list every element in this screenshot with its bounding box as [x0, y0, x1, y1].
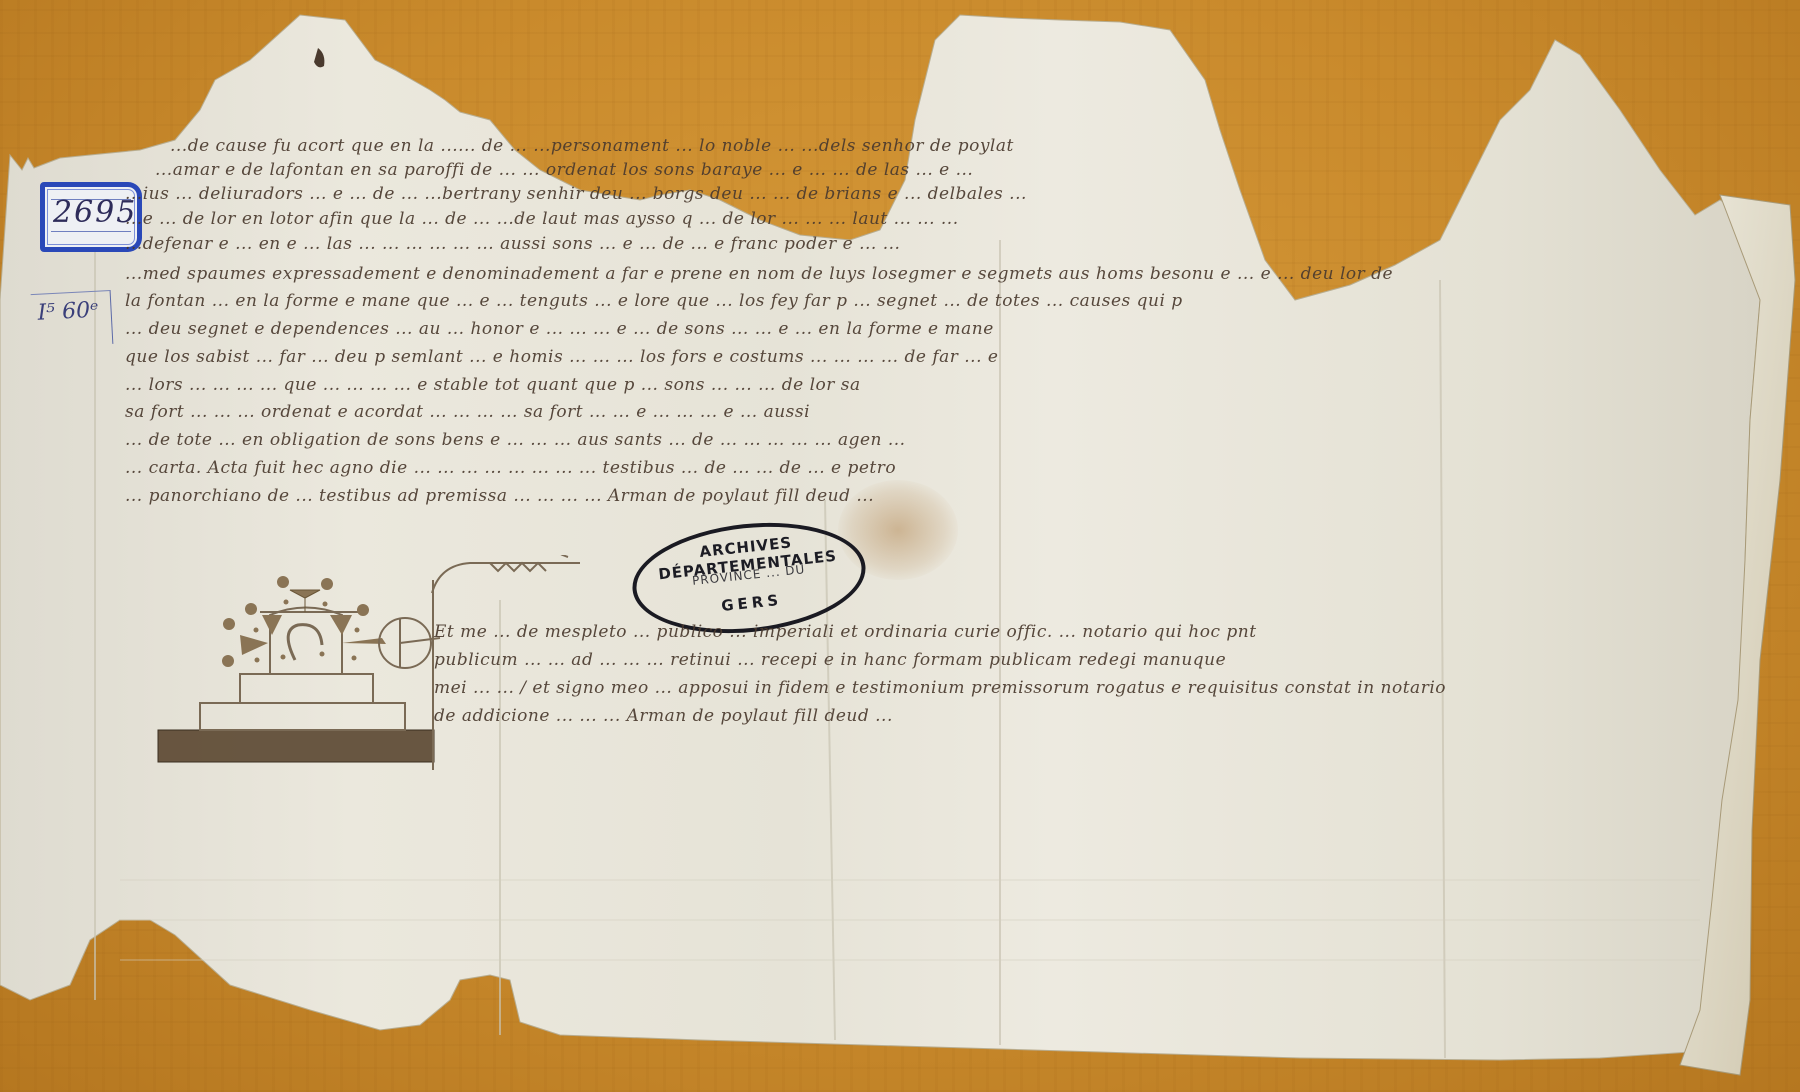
- text-line: la fontan ... en la forme e mane que ...…: [125, 291, 1183, 311]
- label-rule: [51, 231, 131, 232]
- text-line: ... carta. Acta fuit hec agno die ... ..…: [125, 458, 896, 478]
- text-line: ...de cause fu acort que en la ...... de…: [170, 136, 1014, 156]
- subscription-line: publicum ... ... ad ... ... ... retinui …: [434, 650, 1226, 670]
- text-line: ...defenar e ... en e ... las ... ... ..…: [125, 234, 900, 254]
- shelfmark: I⁵ 60ᵉ: [31, 290, 114, 348]
- subscription-line: mei ... ... / et signo meo ... apposui i…: [434, 678, 1446, 698]
- text-line: ...amar e de lafontan en sa paroffi de .…: [155, 160, 973, 180]
- decorative-flourish: [430, 555, 590, 595]
- notarial-sign: [150, 560, 450, 790]
- text-line: ... deu segnet e dependences ... au ... …: [125, 319, 994, 339]
- text-line: ...ius ... deliuradors ... e ... de ... …: [125, 184, 1027, 204]
- text-line: que los sabist ... far ... deu p semlant…: [125, 347, 998, 367]
- text-line: ... lors ... ... ... ... que ... ... ...…: [125, 375, 861, 395]
- subscription-line: de addicione ... ... ... Arman de poylau…: [434, 706, 893, 726]
- subscription-line: Et me ... de mespleto ... publico ... im…: [434, 622, 1257, 642]
- main-text: ...de cause fu acort que en la ...... de…: [125, 136, 1745, 536]
- text-line: ... panorchiano de ... testibus ad premi…: [125, 486, 874, 506]
- text-line: ...med spaumes expressadement e denomina…: [125, 264, 1393, 284]
- notarial-subscription: Et me ... de mespleto ... publico ... im…: [434, 622, 1734, 742]
- text-line: sa fort ... ... ... ordenat e acordat ..…: [125, 402, 810, 422]
- text-line: ... de tote ... en obligation de sons be…: [125, 430, 906, 450]
- text-line: ...e ... de lor en lotor afin que la ...…: [125, 209, 959, 229]
